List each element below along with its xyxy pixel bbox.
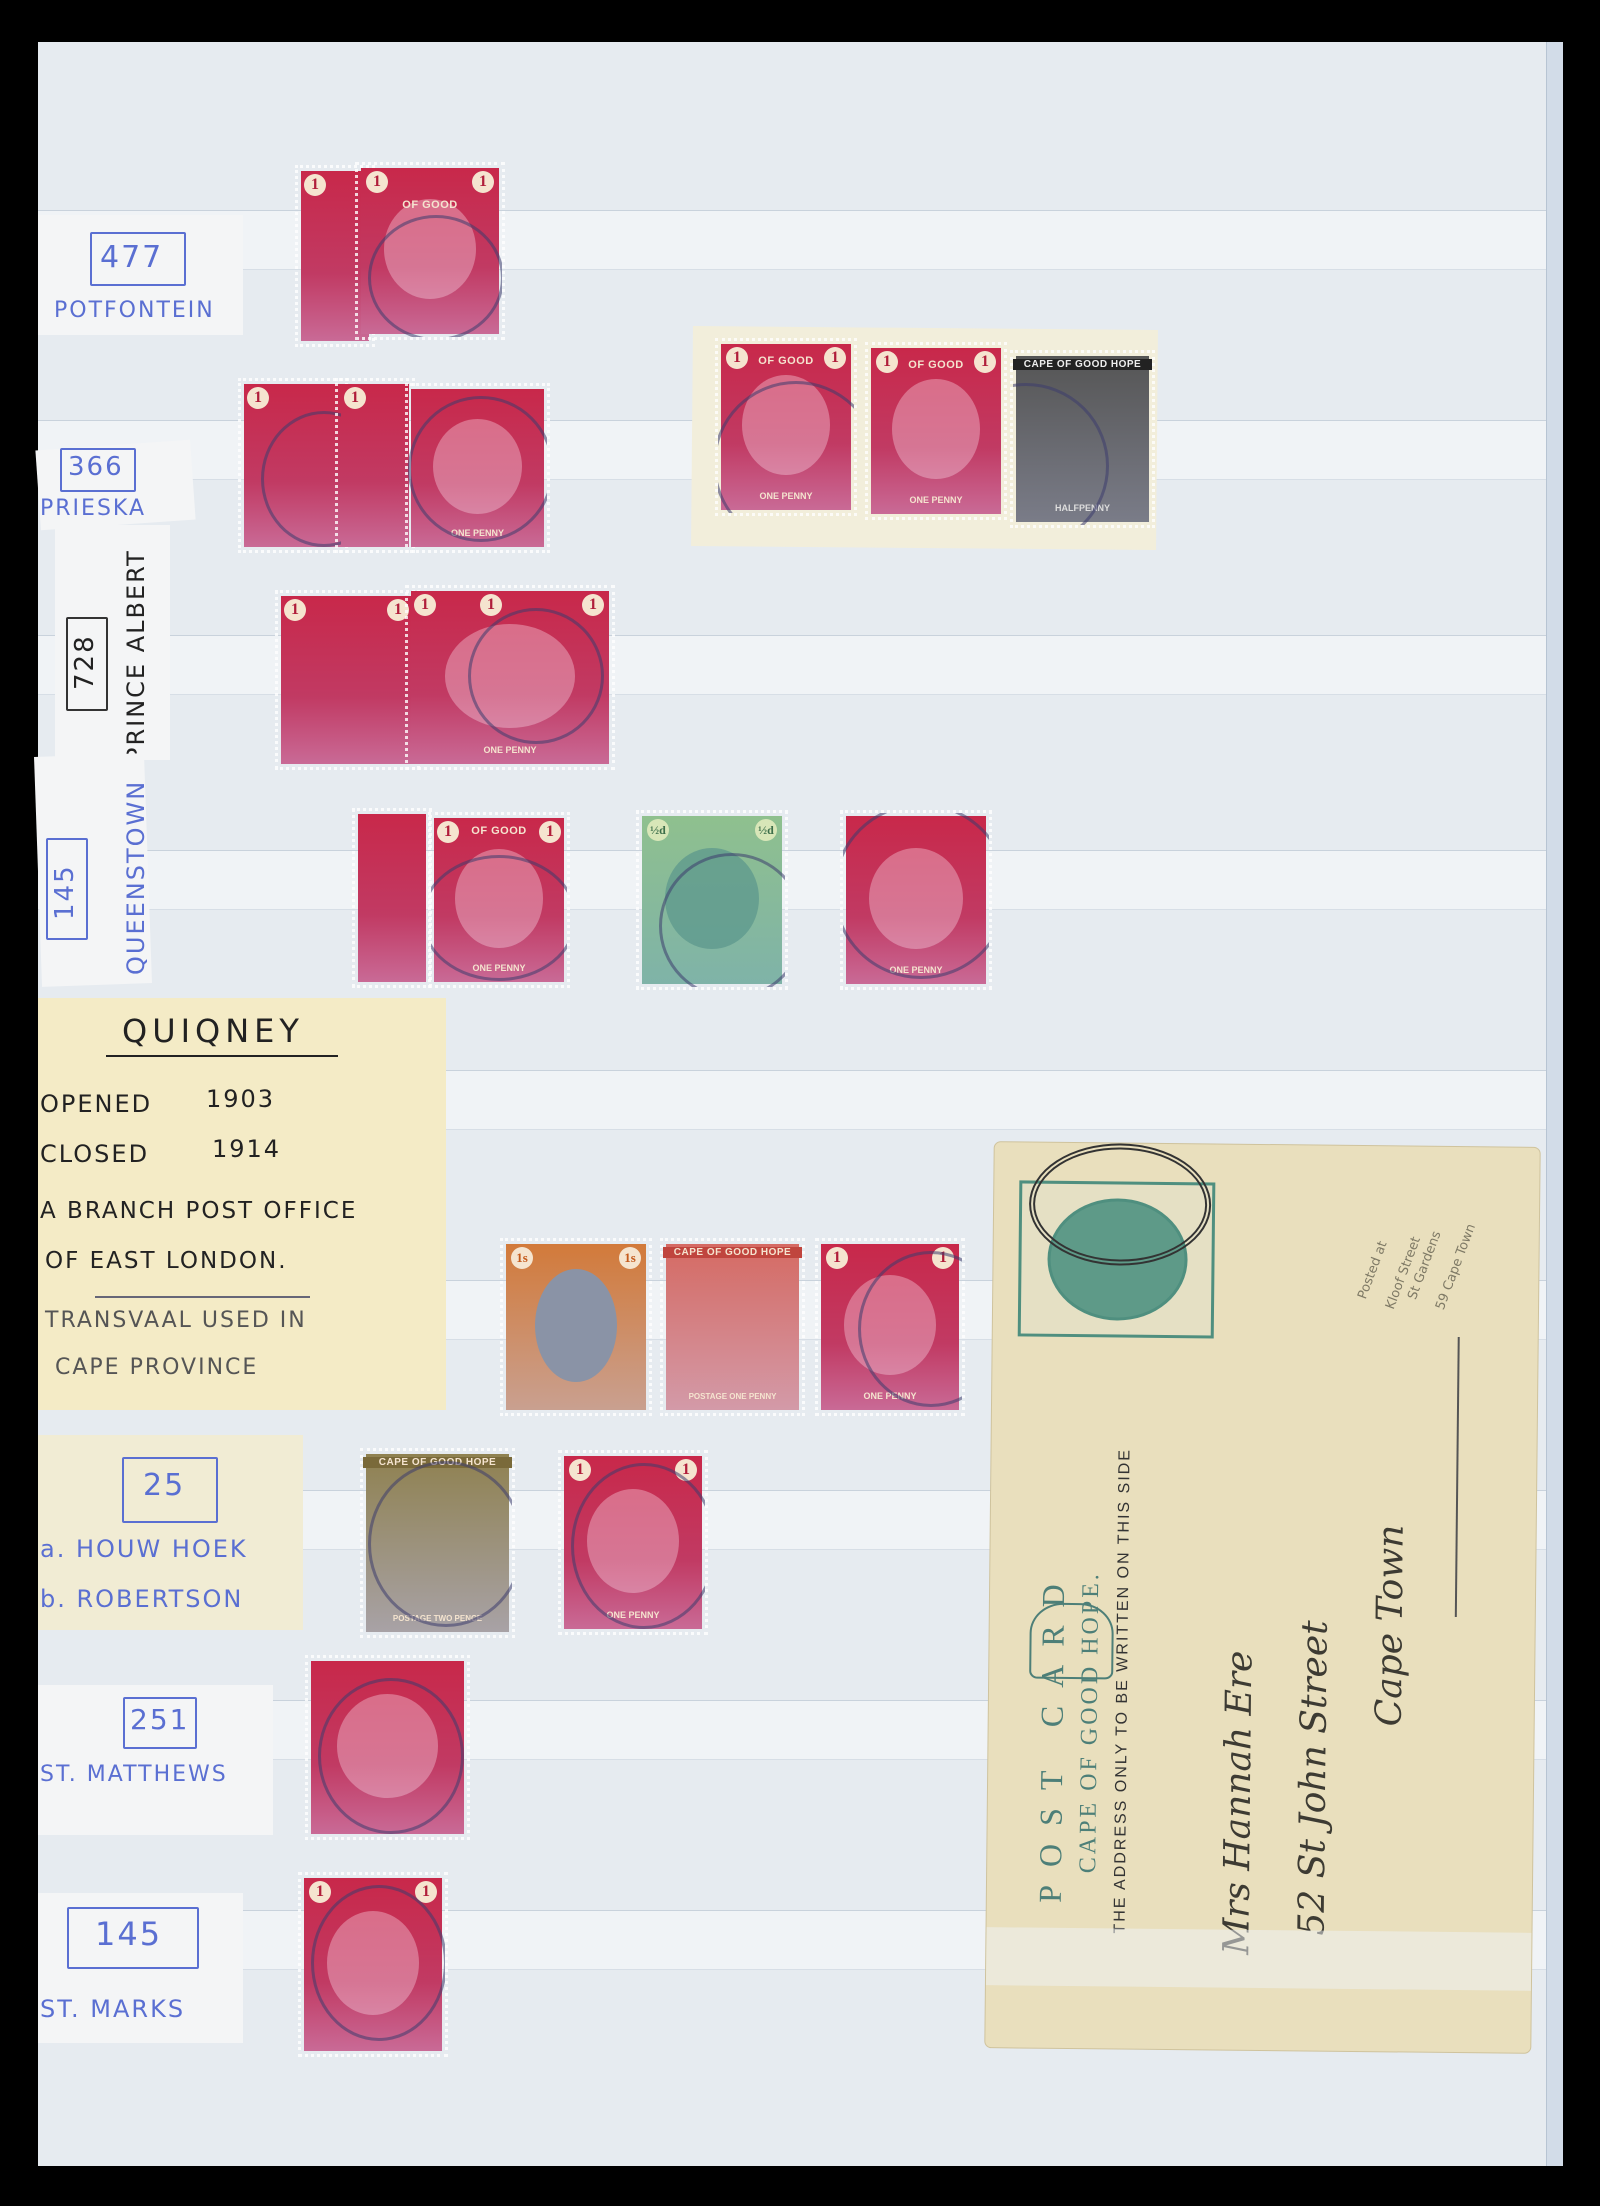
town-line-a: a. HOUW HOEK: [40, 1535, 248, 1563]
stamp-one-penny: 1: [238, 378, 348, 553]
stamp-one-penny: 11OF GOODONE PENNY: [715, 338, 857, 516]
stamp-one-penny: 11: [298, 1872, 448, 2057]
cancel-number: 366: [68, 452, 124, 482]
cancel-number: 728: [70, 634, 100, 690]
stamp-one-penny: 11ONE PENNY: [558, 1450, 708, 1635]
stamp-one-penny: 11ONE PENNY: [815, 1238, 965, 1416]
opened-year: 1903: [206, 1085, 275, 1113]
town-name: ST. MATTHEWS: [40, 1762, 228, 1787]
stamp-one-penny-edward: ONE PENNY: [840, 810, 992, 990]
branch-line: A BRANCH POST OFFICE: [40, 1198, 357, 1224]
stamp-transvaal-one-shilling: 1s1s: [500, 1238, 652, 1416]
cancel-number: 145: [50, 864, 80, 920]
town-line-b: b. ROBERTSON: [40, 1585, 243, 1613]
stamp-one-penny: 11OF GOODONE PENNY: [865, 342, 1007, 520]
cancel-number: 251: [130, 1703, 189, 1736]
address-line-2: 52 St John Street: [1291, 1620, 1335, 1936]
title-underline: [106, 1055, 338, 1057]
cape-province-note: CAPE PROVINCE: [55, 1355, 258, 1380]
stamp-one-penny: 11OF GOODONE PENNY: [428, 812, 570, 988]
town-name: POTFONTEIN: [54, 298, 215, 323]
cancel-number: 477: [100, 240, 163, 275]
postcard-instruction: THE ADDRESS ONLY TO BE WRITTEN ON THIS S…: [1111, 1448, 1134, 1934]
strip-overlay: [986, 1927, 1532, 1991]
town-name: PRIESKA: [40, 496, 146, 521]
divider-line: [95, 1296, 310, 1298]
closed-label: CLOSED: [40, 1140, 149, 1168]
address-line-3: Cape Town: [1369, 1524, 1412, 1726]
stamp-halfpenny: CAPE OF GOOD HOPEHALFPENNY: [1010, 350, 1155, 528]
stamp-one-penny: 111ONE PENNY: [405, 585, 615, 770]
pencil-note-1: Posted at: [1355, 1239, 1390, 1301]
town-name: PRINCE ALBERT: [122, 549, 150, 762]
address-underline: [1455, 1337, 1460, 1617]
stamp-one-penny: 11: [275, 590, 420, 770]
postcard: POST CARD CAPE OF GOOD HOPE. THE ADDRESS…: [985, 1142, 1539, 2053]
stamp-one-penny: ONE PENNY: [405, 383, 550, 553]
stamp-one-penny: 11OF GOOD: [355, 162, 505, 340]
town-name: ST. MARKS: [40, 1995, 185, 2023]
royal-arms-icon: [1029, 1603, 1114, 1680]
stamp-one-penny: 1: [335, 378, 415, 553]
cancel-number: 145: [95, 1915, 162, 1953]
quigney-title: QUIQNEY: [122, 1012, 304, 1050]
closed-year: 1914: [212, 1135, 281, 1163]
stamp-one-penny: [305, 1655, 470, 1840]
opened-label: OPENED: [40, 1090, 152, 1118]
stamp-one-penny: [352, 808, 432, 988]
cancel-number: 25: [143, 1468, 185, 1503]
transvaal-note: TRANSVAAL USED IN: [45, 1308, 307, 1333]
strip: [38, 850, 1546, 910]
page-edge: [1546, 42, 1563, 2166]
address-line-1: Mrs Hannah Ere: [1216, 1650, 1260, 1955]
stamp-two-pence: CAPE OF GOOD HOPEPOSTAGE TWO PENCE: [360, 1448, 515, 1638]
town-name: QUEENSTOWN: [122, 780, 150, 975]
postmark: [1028, 1143, 1211, 1267]
stamp-halfpenny-edward: ½d½d: [636, 810, 788, 990]
strip: [38, 635, 1546, 695]
east-london-line: OF EAST LONDON.: [45, 1248, 288, 1274]
stamp-one-penny-hope: CAPE OF GOOD HOPEPOSTAGE ONE PENNY: [660, 1238, 805, 1416]
strip: [38, 210, 1546, 270]
